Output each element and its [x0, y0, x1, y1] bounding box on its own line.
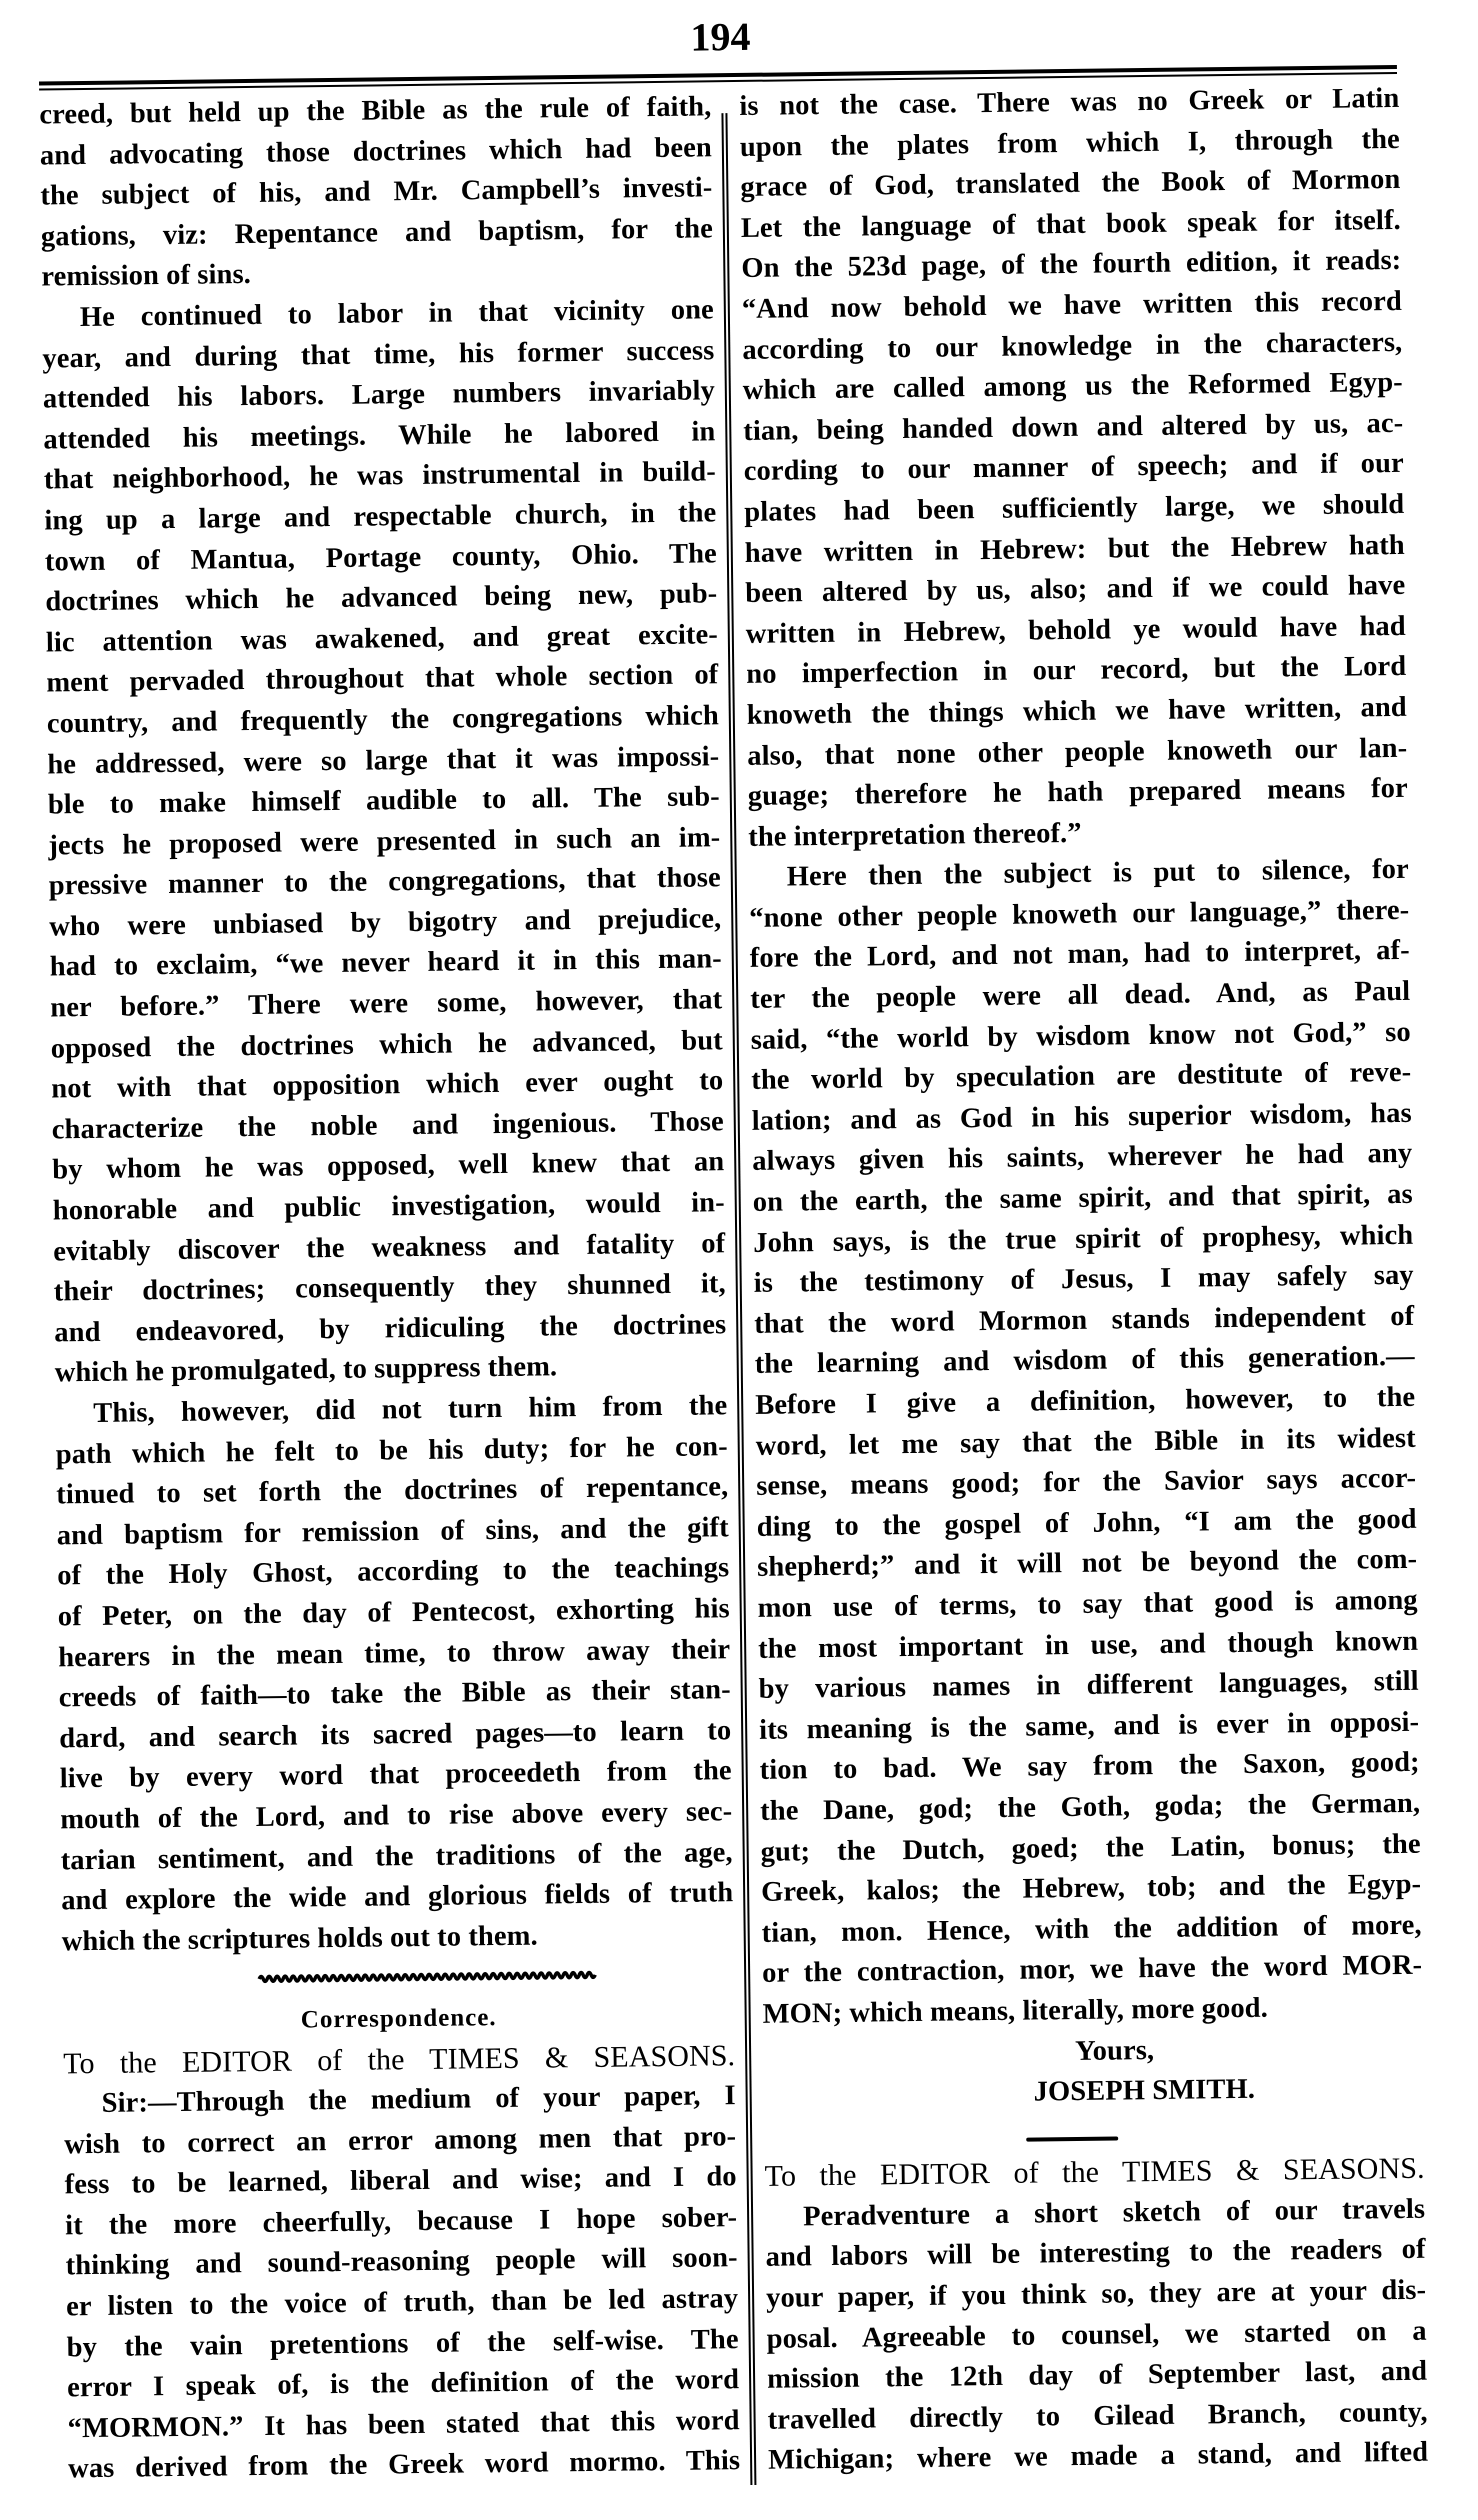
letter-body: Sir:—Through the medium of your paper, I… — [63, 2076, 740, 2490]
text-line: was derived from the Greek word mormo. T… — [68, 2442, 740, 2491]
document-page: 194 creed, but held up the Bible as the … — [0, 0, 1478, 2520]
wavy-line-icon — [257, 1968, 597, 1986]
wavy-rule-ornament — [62, 1954, 734, 2003]
text-line: and explore the wide and glorious fields… — [61, 1873, 733, 1922]
separator-rule — [764, 2108, 1424, 2157]
left-column-text: creed, but held up the Bible as the rule… — [39, 87, 734, 1962]
page-number: 194 — [690, 15, 751, 60]
text-line: Michigan; where we made a stand, and lif… — [768, 2433, 1428, 2482]
right-column-text: is not the case. There was no Greek or L… — [739, 79, 1423, 2035]
right-column: is not the case. There was no Greek or L… — [739, 79, 1428, 2482]
left-column: creed, but held up the Bible as the rule… — [39, 87, 740, 2490]
text-line: guage; therefore he hath prepared means … — [748, 769, 1408, 818]
letter2-body: Peradventure a short sketch of our trave… — [765, 2190, 1428, 2482]
text-line: or the contraction, mor, we have the wor… — [762, 1946, 1422, 1995]
